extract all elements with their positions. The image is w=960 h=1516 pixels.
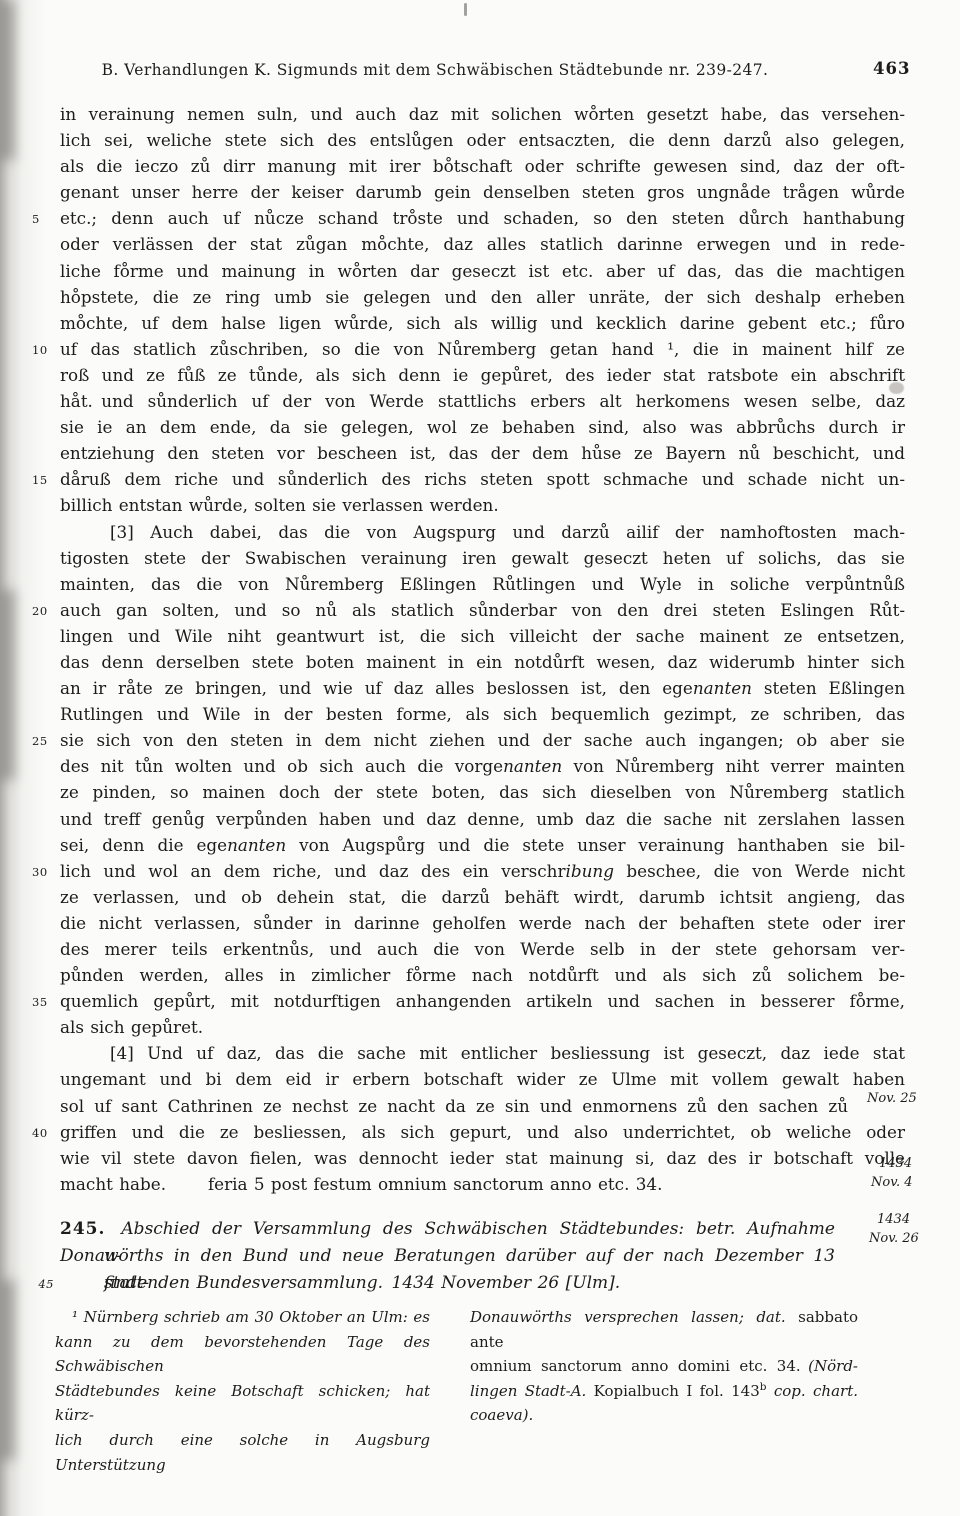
text-line: mo̊chte, uf dem halse ligen wůrde, sich … xyxy=(60,310,905,336)
text-line: billich entstan wůrde, solten sie verlas… xyxy=(60,492,905,518)
margin-date-note: Nov. 25 xyxy=(867,1091,917,1106)
text-line: Rutlingen und Wile in der besten forme, … xyxy=(60,701,905,727)
text-line: Donauwörths versprechen lassen; dat. sab… xyxy=(470,1305,858,1354)
text-line: 25sie sich von den steten in dem nicht z… xyxy=(60,727,905,753)
margin-date-note: Nov. 26 xyxy=(869,1231,919,1246)
text-line: 5etc.; denn auch uf nůcze schand tro̊ste… xyxy=(60,205,905,231)
text-line: [4] Und uf daz, das die sache mit entlic… xyxy=(60,1040,905,1066)
text-line: sie ie an dem ende, da sie gelegen, wol … xyxy=(60,414,905,440)
footnote-column-right: Donauwörths versprechen lassen; dat. sab… xyxy=(470,1305,858,1477)
line-number: 10 xyxy=(32,337,54,363)
text-line: in verainung nemen suln, und auch daz mi… xyxy=(60,101,905,127)
section-245-heading: 245.Abschied der Versammlung des Schwäbi… xyxy=(60,1216,835,1298)
line-number: 40 xyxy=(32,1120,54,1146)
line-number: 15 xyxy=(32,467,54,493)
gutter-shadow-blob xyxy=(0,1280,15,1460)
text-line: kann zu dem bevorstehenden Tage des Schw… xyxy=(55,1330,430,1379)
gutter-shadow-blob xyxy=(0,590,15,780)
margin-date-note: 1434 xyxy=(879,1156,912,1171)
line-number: 35 xyxy=(32,989,54,1015)
text-line: ungemant und bi dem eid ir erbern botsch… xyxy=(60,1066,905,1092)
text-line: 40griffen und die ze besliessen, als sic… xyxy=(60,1119,905,1145)
line-number: 5 xyxy=(32,206,54,232)
footnotes: ¹ Nürnberg schrieb am 30 Oktober an Ulm:… xyxy=(55,1305,858,1477)
text-line: [3] Auch dabei, das die von Augspurg und… xyxy=(60,519,905,545)
text-line: macht habe. feria 5 post festum omnium s… xyxy=(60,1171,905,1197)
text-line: 45findenden Bundesversammlung. 1434 Nove… xyxy=(60,1270,835,1297)
line-number: 20 xyxy=(32,598,54,624)
text-line: omnium sanctorum anno domini etc. 34. (N… xyxy=(470,1354,858,1379)
text-line: 15dåruß dem riche und sůnderlich des ric… xyxy=(60,466,905,492)
running-header: B. Verhandlungen K. Sigmunds mit dem Sch… xyxy=(0,61,870,79)
text-line: als die ieczo zů dirr manung mit irer bo… xyxy=(60,153,905,179)
text-line: ho̊pstete, die ze ring umb sie gelegen u… xyxy=(60,284,905,310)
text-line: půnden werden, alles in zimlicher fo̊rme… xyxy=(60,962,905,988)
gutter-shadow-blob xyxy=(0,0,15,160)
text-line: Städtebundes keine Botschaft schicken; h… xyxy=(55,1379,430,1428)
text-line: coaeva). xyxy=(470,1403,858,1428)
text-line: oder verlässen der stat zůgan mo̊chte, d… xyxy=(60,231,905,257)
page-number: 463 xyxy=(873,59,910,78)
text-line: lingen Stadt-A. Kopialbuch I fol. 143b c… xyxy=(470,1379,858,1404)
margin-date-note: Nov. 4 xyxy=(871,1175,913,1190)
text-line: 245.Abschied der Versammlung des Schwäbi… xyxy=(60,1216,835,1243)
text-line: lich sei, weliche stete sich des entslůg… xyxy=(60,127,905,153)
text-line: lingen und Wile niht geantwurt ist, die … xyxy=(60,623,905,649)
text-line: håt. und sůnderlich uf der von Werde sta… xyxy=(60,388,905,414)
text-line: 20auch gan solten, und so nů als statlic… xyxy=(60,597,905,623)
footnote-column-left: ¹ Nürnberg schrieb am 30 Oktober an Ulm:… xyxy=(55,1305,430,1477)
line-number: 25 xyxy=(32,728,54,754)
text-line: als sich gepůret. xyxy=(60,1014,905,1040)
body-text: in verainung nemen suln, und auch daz mi… xyxy=(60,101,905,1197)
section-number: 245. xyxy=(60,1219,105,1239)
text-line: die nicht verlassen, sůnder in darinne g… xyxy=(60,910,905,936)
text-line: 30lich und wol an dem riche, und daz des… xyxy=(60,858,905,884)
text-line: liche fo̊rme und mainung in wo̊rten dar … xyxy=(60,258,905,284)
text-line: genant unser herre der keiser darumb gei… xyxy=(60,179,905,205)
print-speck xyxy=(464,3,467,16)
text-line: des merer teils erkentnůs, und auch die … xyxy=(60,936,905,962)
text-line: ¹ Nürnberg schrieb am 30 Oktober an Ulm:… xyxy=(55,1305,430,1330)
margin-date-note: 1434 xyxy=(877,1212,910,1227)
text-line: sei, denn die egenanten von Augspůrg und… xyxy=(60,832,905,858)
text-line: das denn derselben stete boten mainent i… xyxy=(60,649,905,675)
text-line: wie vil stete davon fielen, was dennocht… xyxy=(60,1145,905,1171)
text-line: mainten, das die von Nůremberg Eßlingen … xyxy=(60,571,905,597)
line-number: 45 xyxy=(32,1271,54,1297)
text-line: 35quemlich gepůrt, mit notdurftigen anha… xyxy=(60,988,905,1014)
scanned-book-page: B. Verhandlungen K. Sigmunds mit dem Sch… xyxy=(0,0,960,1516)
text-line: des nit tůn wolten und ob sich auch die … xyxy=(60,753,905,779)
text-line: wörths in den Bund und neue Beratungen d… xyxy=(60,1243,835,1270)
text-line: roß und ze fůß ze tůnde, als sich denn i… xyxy=(60,362,905,388)
text-line: sol uf sant Cathrinen ze nechst ze nacht… xyxy=(60,1093,848,1119)
text-line: und treff genůg verpůnden haben und daz … xyxy=(60,806,905,832)
text-line: 10uf das statlich zůschriben, so die von… xyxy=(60,336,905,362)
text-line: an ir råte ze bringen, und wie uf daz al… xyxy=(60,675,905,701)
text-line: ze verlassen, und ob dehein stat, die da… xyxy=(60,884,905,910)
text-line: entziehung den steten vor bescheen ist, … xyxy=(60,440,905,466)
text-line: ze pinden, so mainen doch der stete bote… xyxy=(60,779,905,805)
text-line: lich durch eine solche in Augsburg Unter… xyxy=(55,1428,430,1477)
text-line: tigosten stete der Swabischen verainung … xyxy=(60,545,905,571)
line-number: 30 xyxy=(32,859,54,885)
